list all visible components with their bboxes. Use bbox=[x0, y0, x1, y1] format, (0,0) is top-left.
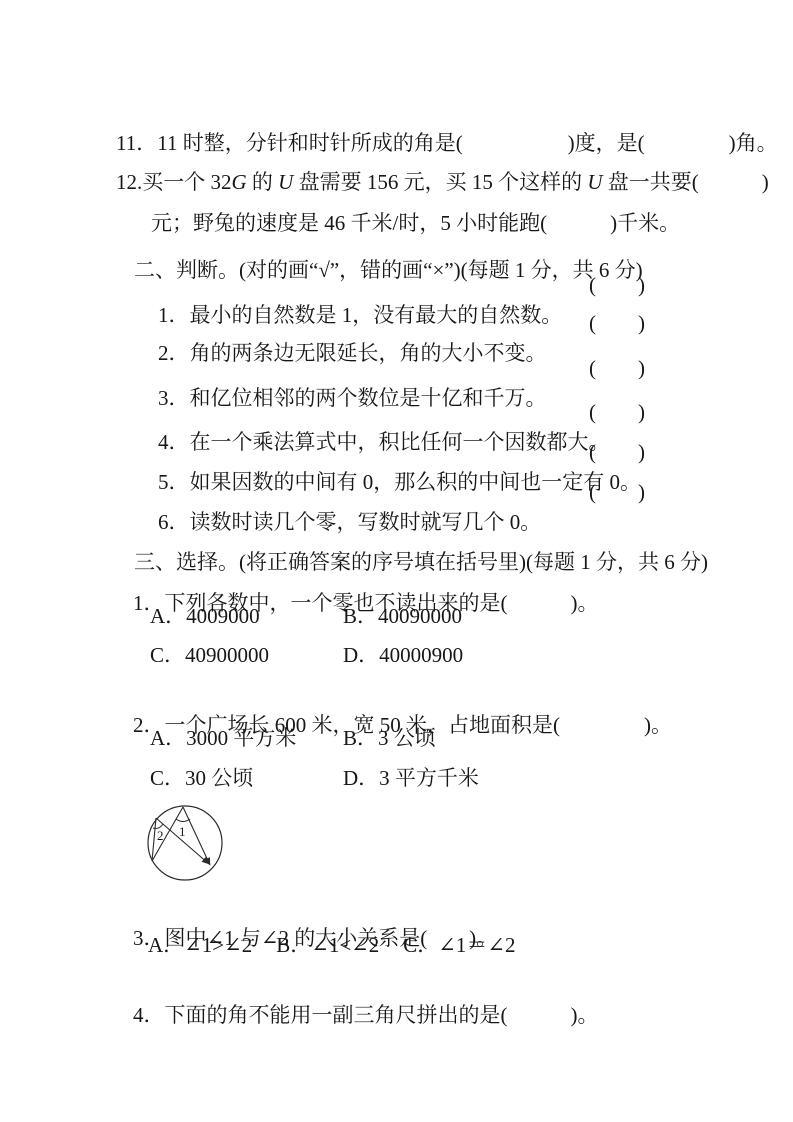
angle-1-label: 1 bbox=[179, 824, 186, 839]
option-b-value: 40090000 bbox=[378, 604, 462, 628]
option-a-value: 4009000 bbox=[186, 604, 260, 628]
angle-2-label: 2 bbox=[157, 828, 164, 843]
choice-q4-stem: 4．下面的角不能用一副三角尺拼出的是( )。 bbox=[112, 970, 599, 1060]
choice-q3-option-a: A．∠1>∠2 bbox=[148, 930, 252, 960]
choice-q1-option-c: C．40900000 bbox=[150, 640, 343, 670]
choice-q2-option-c: C．30 公顷 bbox=[150, 763, 343, 793]
judgment-item-4-answer-paren: ( ) bbox=[589, 397, 645, 427]
option-b-label: B． bbox=[343, 726, 378, 750]
choice-q2-options-row-1: A．3000 平方米 B．3 公顷 bbox=[150, 723, 436, 753]
choice-q3-options-row: A．∠1>∠2 B．∠1<∠2 C．∠1＝∠2 bbox=[148, 930, 516, 960]
judgment-item-6-answer-paren: ( ) bbox=[589, 477, 645, 507]
choice-q3-option-b: B．∠1<∠2 bbox=[276, 930, 379, 960]
option-a-label: A． bbox=[148, 933, 184, 957]
test-paper-page: 11．11 时整，分针和时针所成的角是( )度，是( )角。 12.买一个 32… bbox=[0, 0, 793, 1122]
choice-q3-option-c: C．∠1＝∠2 bbox=[403, 930, 515, 960]
choice-q4-text: 4．下面的角不能用一副三角尺拼出的是( )。 bbox=[133, 1003, 599, 1027]
option-c-value: 30 公顷 bbox=[185, 766, 253, 790]
option-c-value: 40900000 bbox=[185, 643, 269, 667]
judgment-item-3-answer-paren: ( ) bbox=[589, 353, 645, 383]
option-c-value: ∠1＝∠2 bbox=[438, 933, 515, 957]
choice-q2-option-d: D．3 平方千米 bbox=[343, 763, 479, 793]
ray-top-to-bottomright bbox=[183, 807, 210, 865]
choice-q2-option-b: B．3 公顷 bbox=[343, 723, 436, 753]
option-b-value: 3 公顷 bbox=[378, 726, 436, 750]
option-c-label: C． bbox=[403, 933, 438, 957]
option-d-value: 40000900 bbox=[379, 643, 463, 667]
choice-q1-option-a: A．4009000 bbox=[150, 601, 343, 631]
option-d-label: D． bbox=[343, 643, 379, 667]
option-a-value: ∠1>∠2 bbox=[184, 933, 252, 957]
option-b-value: ∠1<∠2 bbox=[311, 933, 379, 957]
judgment-item-2-answer-paren: ( ) bbox=[589, 308, 645, 338]
option-c-label: C． bbox=[150, 643, 185, 667]
choice-q1-options-row-2: C．40900000 D．40000900 bbox=[150, 640, 463, 670]
choice-q2-options-row-2: C．30 公顷 D．3 平方千米 bbox=[150, 763, 479, 793]
choice-q2-option-a: A．3000 平方米 bbox=[150, 723, 343, 753]
option-b-label: B． bbox=[276, 933, 311, 957]
option-d-label: D． bbox=[343, 766, 379, 790]
option-c-label: C． bbox=[150, 766, 185, 790]
option-a-label: A． bbox=[150, 726, 186, 750]
option-d-value: 3 平方千米 bbox=[379, 766, 479, 790]
circle-angle-diagram: 1 2 bbox=[143, 802, 231, 890]
choice-q1-options-row-1: A．4009000 B．40090000 bbox=[150, 601, 462, 631]
judgment-item-1-answer-paren: ( ) bbox=[589, 270, 645, 300]
choice-q1-option-d: D．40000900 bbox=[343, 640, 463, 670]
choice-q1-option-b: B．40090000 bbox=[343, 601, 462, 631]
option-b-label: B． bbox=[343, 604, 378, 628]
judgment-item-5-answer-paren: ( ) bbox=[589, 437, 645, 467]
angle-1-arc bbox=[176, 819, 190, 822]
option-a-label: A． bbox=[150, 604, 186, 628]
circle-angle-figure: 1 2 bbox=[143, 802, 231, 890]
option-a-value: 3000 平方米 bbox=[186, 726, 296, 750]
